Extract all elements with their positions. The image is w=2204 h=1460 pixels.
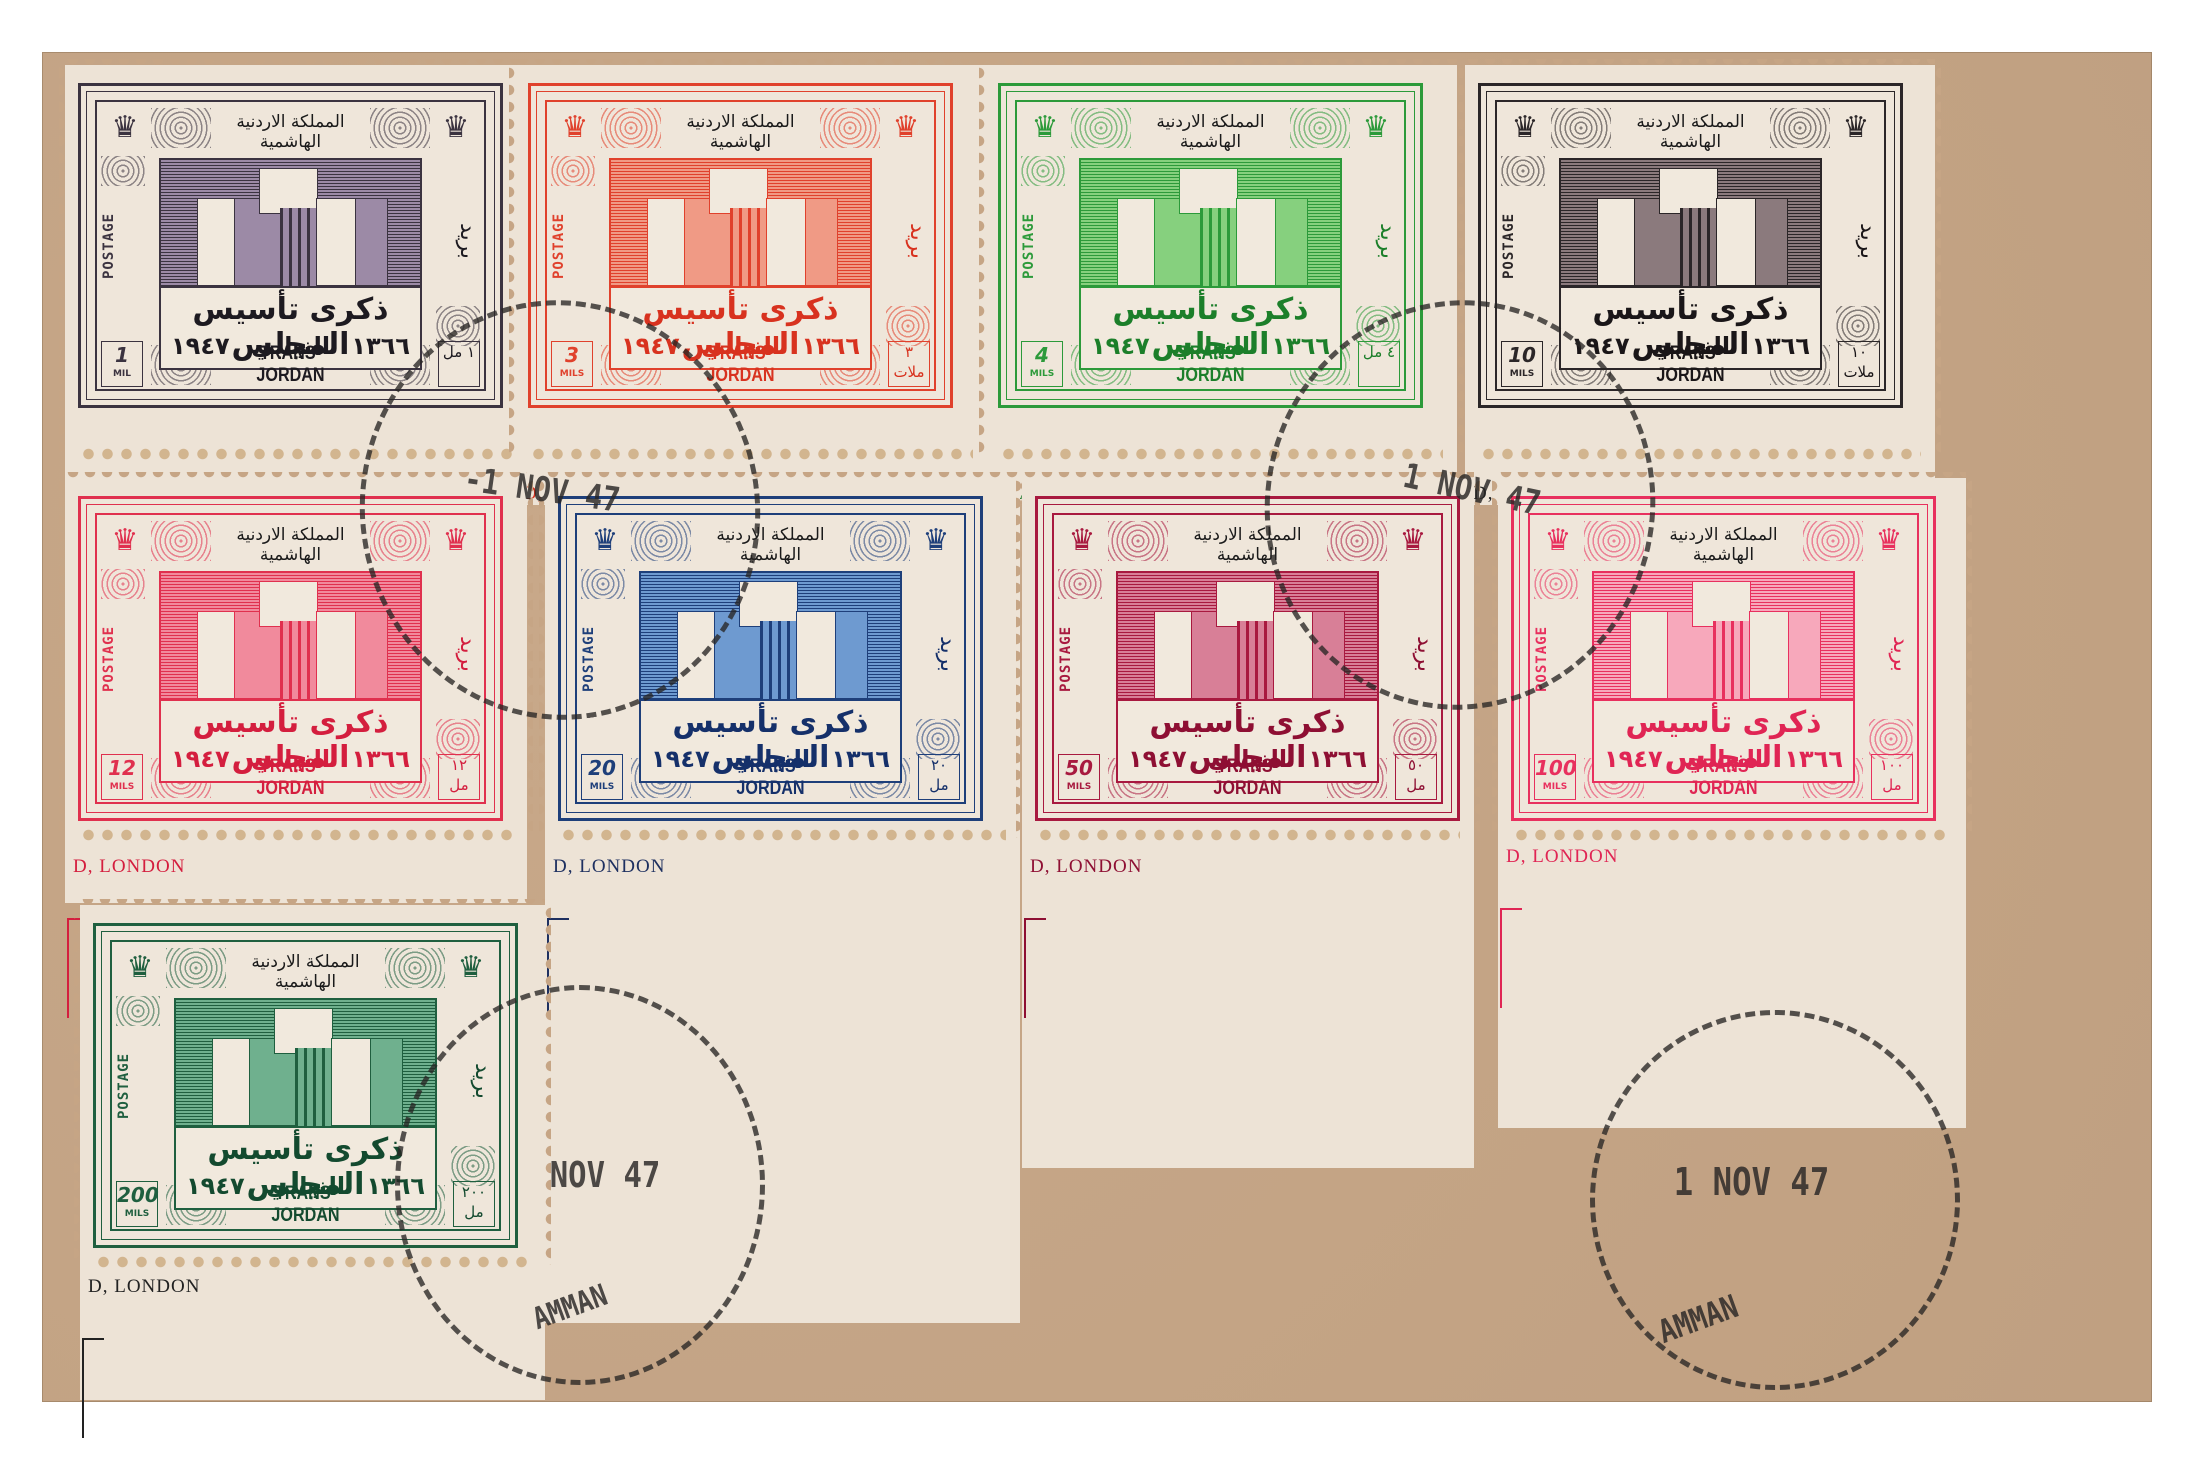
- kingdom-name-arabic: المملكة الاردنية الهاشمية: [1644, 525, 1803, 565]
- face-value-arabic: ٣ ملات: [888, 341, 930, 387]
- crown-icon: ♛: [1025, 110, 1065, 146]
- country-name: TRANS-JORDAN: [1631, 343, 1749, 387]
- perforation-top: [985, 59, 1457, 71]
- crown-icon: ♛: [1869, 523, 1909, 559]
- country-name: TRANS-JORDAN: [1151, 343, 1269, 387]
- perforation-holes: [79, 828, 513, 842]
- kingdom-name-arabic: المملكة الاردنية الهاشمية: [211, 525, 370, 565]
- post-arabic: بريد: [904, 186, 930, 296]
- postage-label: POSTAGE: [116, 1026, 140, 1146]
- country-name: TRANS-JORDAN: [1664, 756, 1782, 800]
- guide-mark: [1500, 908, 1522, 910]
- guide-mark: [82, 1338, 104, 1340]
- printer-imprint: D, LONDON: [1030, 856, 1142, 878]
- face-value: 20 MILS: [581, 754, 623, 800]
- parliament-building-picture: [609, 158, 872, 288]
- perforation-left: [74, 905, 86, 1265]
- crown-icon: ♛: [916, 523, 956, 559]
- perforation-left: [59, 65, 71, 457]
- parliament-building-picture: [159, 158, 422, 288]
- crown-icon: ♛: [1836, 110, 1876, 146]
- country-name: TRANS-JORDAN: [231, 343, 349, 387]
- face-value: 100 MILS: [1534, 754, 1576, 800]
- postage-label: POSTAGE: [1058, 599, 1082, 719]
- post-arabic: بريد: [934, 599, 960, 709]
- perforation-top: [80, 899, 545, 911]
- perforation-right: [1960, 478, 1972, 838]
- perforation-holes: [1036, 828, 1460, 842]
- face-value-arabic: ١٢ مل: [438, 754, 480, 800]
- perforation-top: [515, 59, 987, 71]
- crown-icon: ♛: [451, 950, 491, 986]
- postage-label: POSTAGE: [1021, 186, 1045, 306]
- postage-label: POSTAGE: [551, 186, 575, 306]
- crown-icon: ♛: [886, 110, 926, 146]
- face-value: 200 MILS: [116, 1181, 158, 1227]
- crown-icon: ♛: [105, 110, 145, 146]
- crown-icon: ♛: [555, 110, 595, 146]
- parliament-building-picture: [1559, 158, 1822, 288]
- crown-icon: ♛: [105, 523, 145, 559]
- country-name: TRANS-JORDAN: [1188, 756, 1306, 800]
- face-value: 50 MILS: [1058, 754, 1100, 800]
- kingdom-name-arabic: المملكة الاردنية الهاشمية: [211, 112, 370, 152]
- face-value: 4 MILS: [1021, 341, 1063, 387]
- perforation-top: [65, 59, 527, 71]
- perforation-holes: [559, 828, 1006, 842]
- post-arabic: بريد: [1887, 599, 1913, 709]
- post-arabic: بريد: [1374, 186, 1400, 296]
- post-arabic: بريد: [454, 186, 480, 296]
- perforation-left: [59, 478, 71, 838]
- guide-line: [1500, 908, 1502, 1008]
- crown-icon: ♛: [1356, 110, 1396, 146]
- kingdom-name-arabic: المملكة الاردنية الهاشمية: [1131, 112, 1290, 152]
- guide-line: [1024, 918, 1026, 1018]
- parliament-building-picture: [1079, 158, 1342, 288]
- printer-imprint: D, LONDON: [1506, 846, 1618, 868]
- face-value: 1 MIL: [101, 341, 143, 387]
- guide-line: [67, 918, 69, 1018]
- perforation-left: [1016, 478, 1028, 838]
- perforation-right: [1929, 65, 1941, 457]
- kingdom-name-arabic: المملكة الاردنية الهاشمية: [661, 112, 820, 152]
- guide-mark: [1024, 918, 1046, 920]
- crown-icon: ♛: [120, 950, 160, 986]
- parliament-building-picture: [174, 998, 437, 1128]
- crown-icon: ♛: [436, 110, 476, 146]
- postage-label: POSTAGE: [101, 186, 125, 306]
- country-name: TRANS-JORDAN: [231, 756, 349, 800]
- kingdom-name-arabic: المملكة الاردنية الهاشمية: [1611, 112, 1770, 152]
- face-value: 12 MILS: [101, 754, 143, 800]
- perforation-left: [979, 65, 991, 457]
- printer-imprint: D, LONDON: [553, 856, 665, 878]
- face-value-arabic: ٢٠ مل: [918, 754, 960, 800]
- face-value-arabic: ١٠ ملات: [1838, 341, 1880, 387]
- kingdom-name-arabic: المملكة الاردنية الهاشمية: [226, 952, 385, 992]
- guide-line: [82, 1338, 84, 1438]
- postmark-bottom-right-date: 1 NOV 47: [1674, 1160, 1830, 1204]
- country-name: TRANS-JORDAN: [246, 1183, 364, 1227]
- post-arabic: بريد: [1854, 186, 1880, 296]
- perforation-top: [1465, 59, 1935, 71]
- face-value-arabic: ٥٠ مل: [1395, 754, 1437, 800]
- perforation-holes: [1512, 828, 1952, 842]
- crown-icon: ♛: [1505, 110, 1545, 146]
- printer-imprint: D, LONDON: [73, 856, 185, 878]
- postage-label: POSTAGE: [101, 599, 125, 719]
- crown-icon: ♛: [1062, 523, 1102, 559]
- postmark-bottom-left-date: NOV 47: [550, 1155, 661, 1196]
- printer-imprint: D, LONDON: [88, 1276, 200, 1298]
- face-value-arabic: ١٠٠ مل: [1871, 754, 1913, 800]
- country-name: TRANS-JORDAN: [711, 756, 829, 800]
- postage-label: POSTAGE: [1501, 186, 1525, 306]
